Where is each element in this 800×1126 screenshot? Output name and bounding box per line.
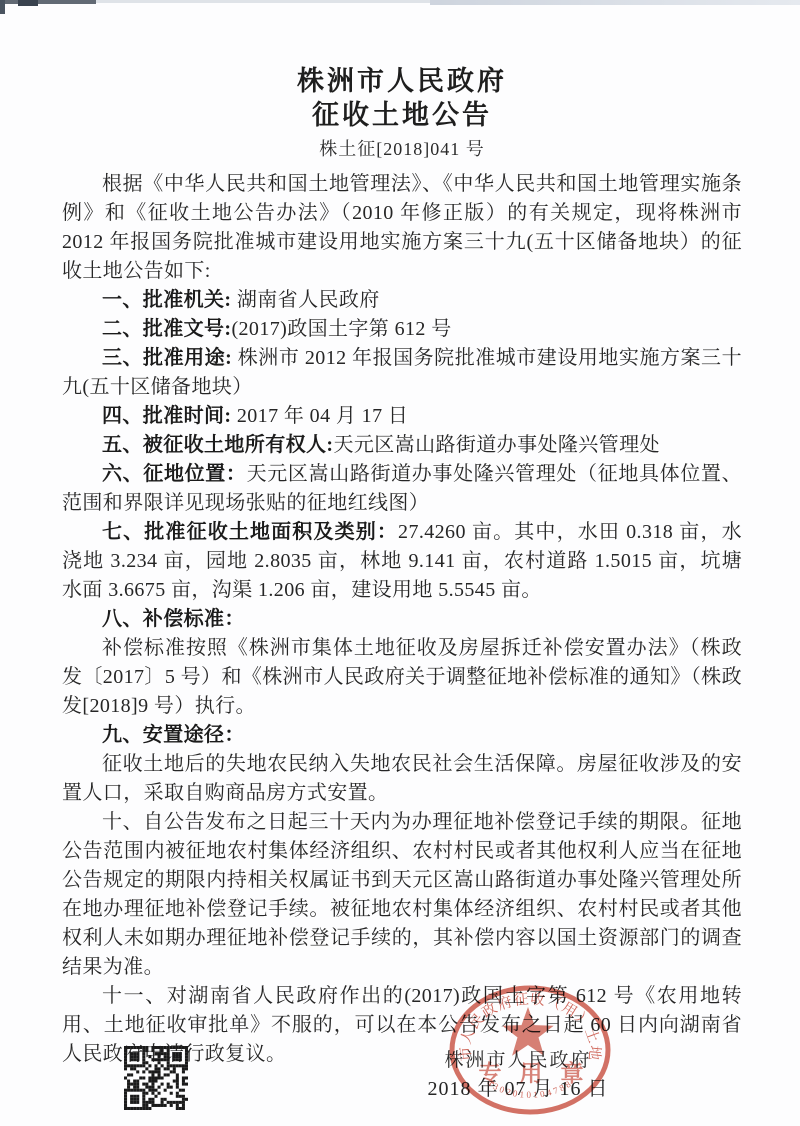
document-title: 株洲市人民政府 xyxy=(62,64,742,98)
document-page: 株洲市人民政府 征收土地公告 株土征[2018]041 号 根据《中华人民共和国… xyxy=(0,0,800,1126)
paragraphs: 根据《中华人民共和国土地管理法》、《中华人民共和国土地管理实施条例》和《征收土地… xyxy=(62,170,742,1069)
paragraph: 八、补偿标准： xyxy=(62,605,742,634)
paragraph: 三、批准用途: 株洲市 2012 年报国务院批准城市建设用地实施方案三十九(五十… xyxy=(62,344,742,402)
paragraph: 四、批准时间: 2017 年 04 月 17 日 xyxy=(62,402,742,431)
paragraph: 二、批准文号:(2017)政国土字第 612 号 xyxy=(62,315,742,344)
paragraph: 五、被征收土地所有权人:天元区嵩山路街道办事处隆兴管理处 xyxy=(62,431,742,460)
paragraph: 十、自公告发布之日起三十天内为办理征地补偿登记手续的期限。征地公告范围内被征地农… xyxy=(62,808,742,982)
document-number: 株土征[2018]041 号 xyxy=(62,136,742,162)
document-subtitle: 征收土地公告 xyxy=(62,98,742,132)
paragraph: 九、安置途径： xyxy=(62,721,742,750)
signature-block: 株洲市人民政府 2018 年 07 月 16 日 xyxy=(408,1048,628,1102)
paragraph: 征收土地后的失地农民纳入失地农民社会生活保障。房屋征收涉及的安置人口，采取自购商… xyxy=(62,750,742,808)
paragraph: 根据《中华人民共和国土地管理法》、《中华人民共和国土地管理实施条例》和《征收土地… xyxy=(62,170,742,286)
paragraph: 七、批准征收土地面积及类别：27.4260 亩。其中，水田 0.318 亩，水浇… xyxy=(62,518,742,605)
document-body: 株洲市人民政府 征收土地公告 株土征[2018]041 号 根据《中华人民共和国… xyxy=(0,0,800,1069)
paragraph: 补偿标准按照《株洲市集体土地征收及房屋拆迁补偿安置办法》（株政发〔2017〕5 … xyxy=(62,634,742,721)
issue-date: 2018 年 07 月 16 日 xyxy=(408,1076,628,1102)
paragraph: 一、批准机关: 湖南省人民政府 xyxy=(62,286,742,315)
paragraph: 六、征地位置：天元区嵩山路街道办事处隆兴管理处（征地具体位置、范围和界限详见现场… xyxy=(62,460,742,518)
issuer-name: 株洲市人民政府 xyxy=(408,1048,628,1074)
qr-code xyxy=(124,1046,188,1110)
